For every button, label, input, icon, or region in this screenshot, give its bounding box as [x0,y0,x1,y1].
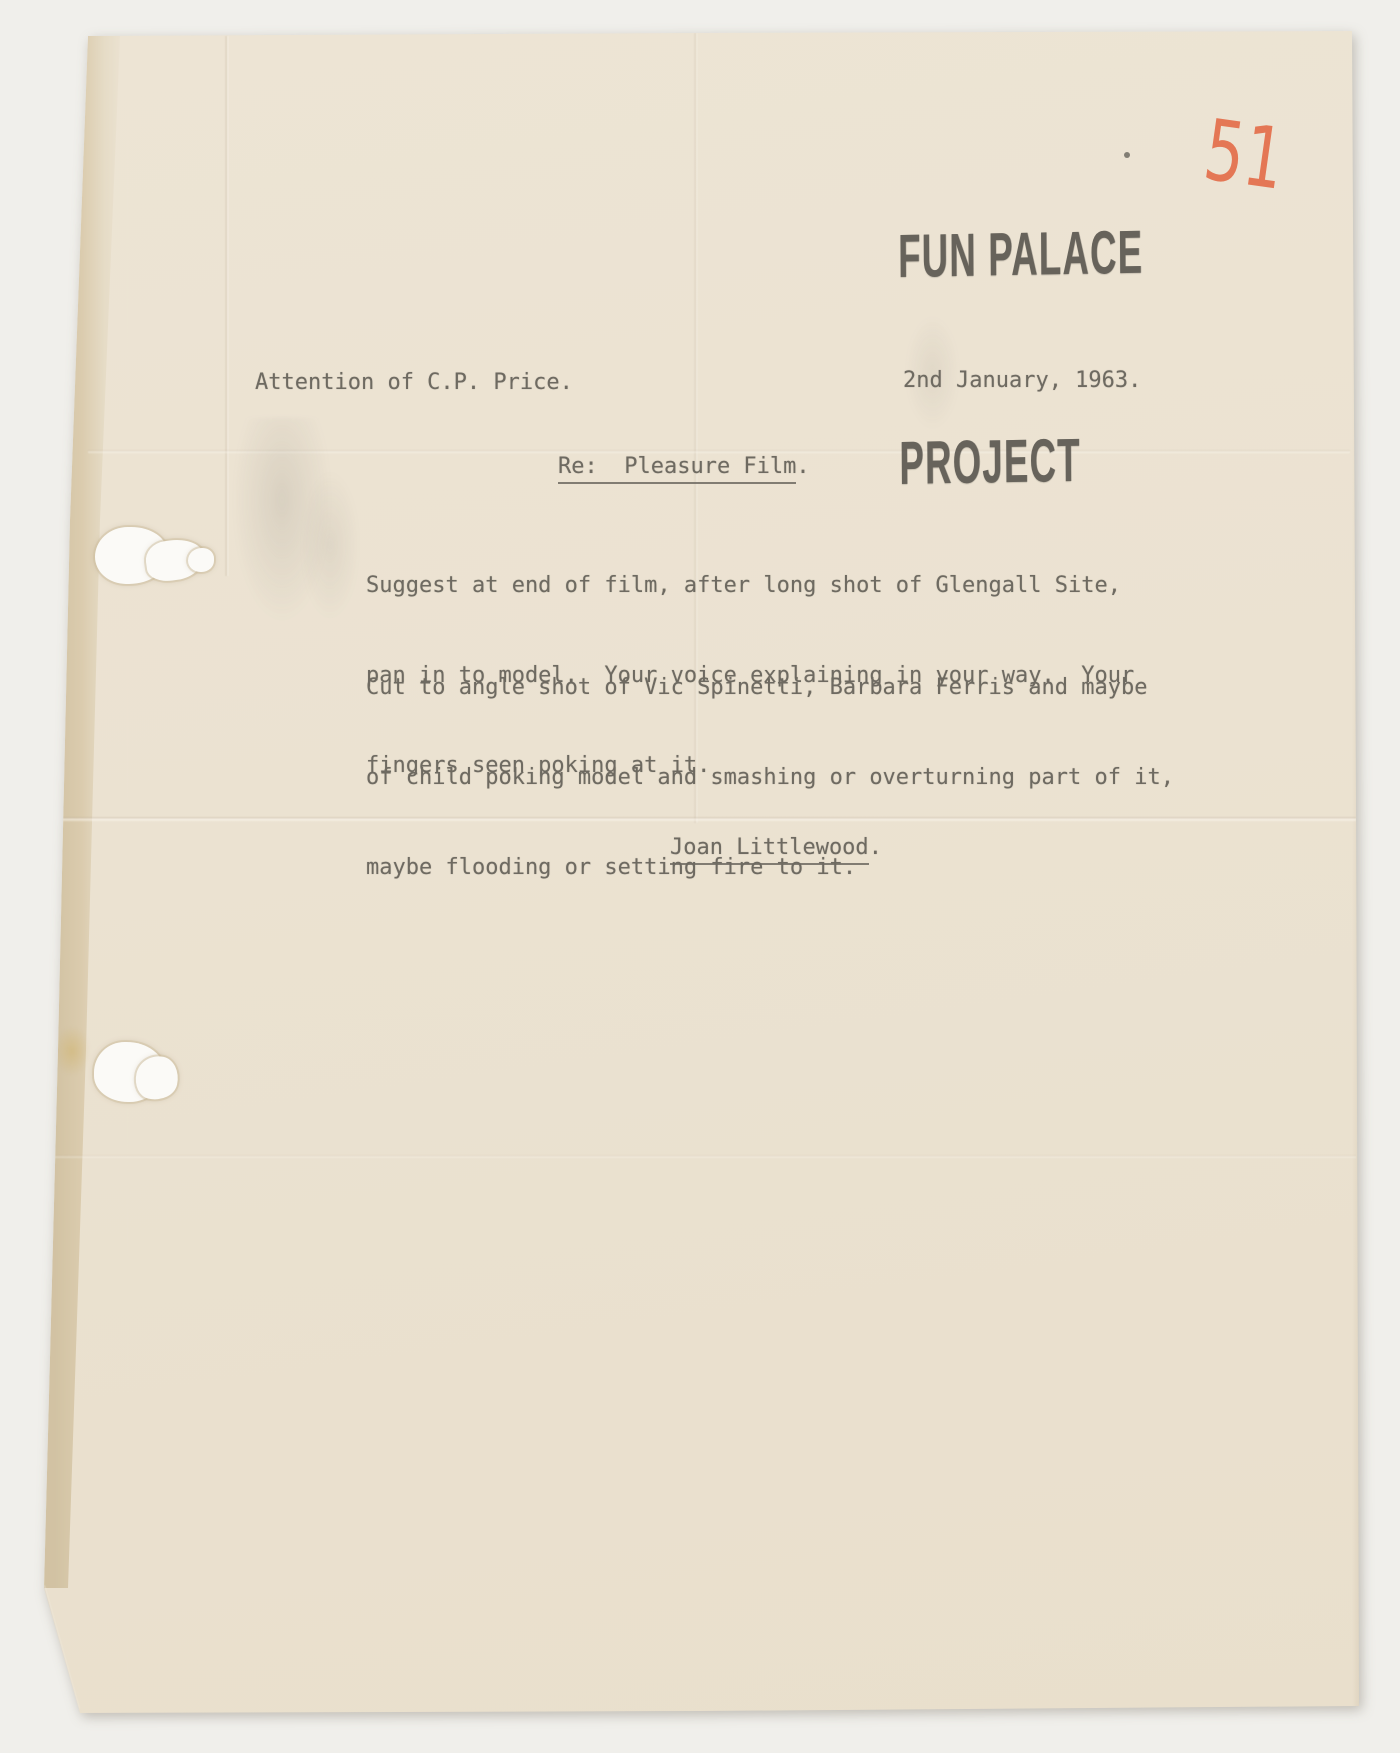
stamp-line-2: PROJECT [899,425,1145,498]
subject-line: Re: Pleasure Film. [558,452,810,482]
page-number-annotation: 51 [1192,94,1303,216]
bottom-left-corner-fold [42,1585,80,1709]
signature-period: . [869,835,882,860]
subject-period: . [796,454,809,479]
gray-smudge [232,418,332,623]
paper-right-edge-shade [1352,31,1362,1707]
body-line: Suggest at end of film, after long shot … [366,571,1134,601]
stamp-line-1: FUN PALACE [898,218,1144,291]
body-line: Cut to angle shot of Vic Spinetti, Barba… [366,673,1174,703]
gray-smudge [300,470,360,620]
horizontal-crease-lower [52,1155,1356,1159]
attention-line: Attention of C.P. Price. [255,368,573,398]
signature-underlined-text: Joan Littlewood [670,835,869,865]
signature-line: Joan Littlewood. [670,833,882,863]
subject-underlined-text: Re: Pleasure Film [558,454,796,484]
page-number: 51 [1198,101,1290,209]
vertical-crease-left [225,36,229,576]
letter-paper: FUN PALACE PROJECT 51 Attention of C.P. … [0,0,1400,1753]
punch-hole-top-tear [188,548,214,572]
date-line: 2nd January, 1963. [903,366,1141,396]
paper-shadow-wrap: FUN PALACE PROJECT 51 Attention of C.P. … [0,0,1400,1753]
scanned-letter-scene: FUN PALACE PROJECT 51 Attention of C.P. … [0,0,1400,1753]
body-line: of child poking model and smashing or ov… [366,763,1174,793]
body-paragraph-2: Cut to angle shot of Vic Spinetti, Barba… [366,613,1174,943]
